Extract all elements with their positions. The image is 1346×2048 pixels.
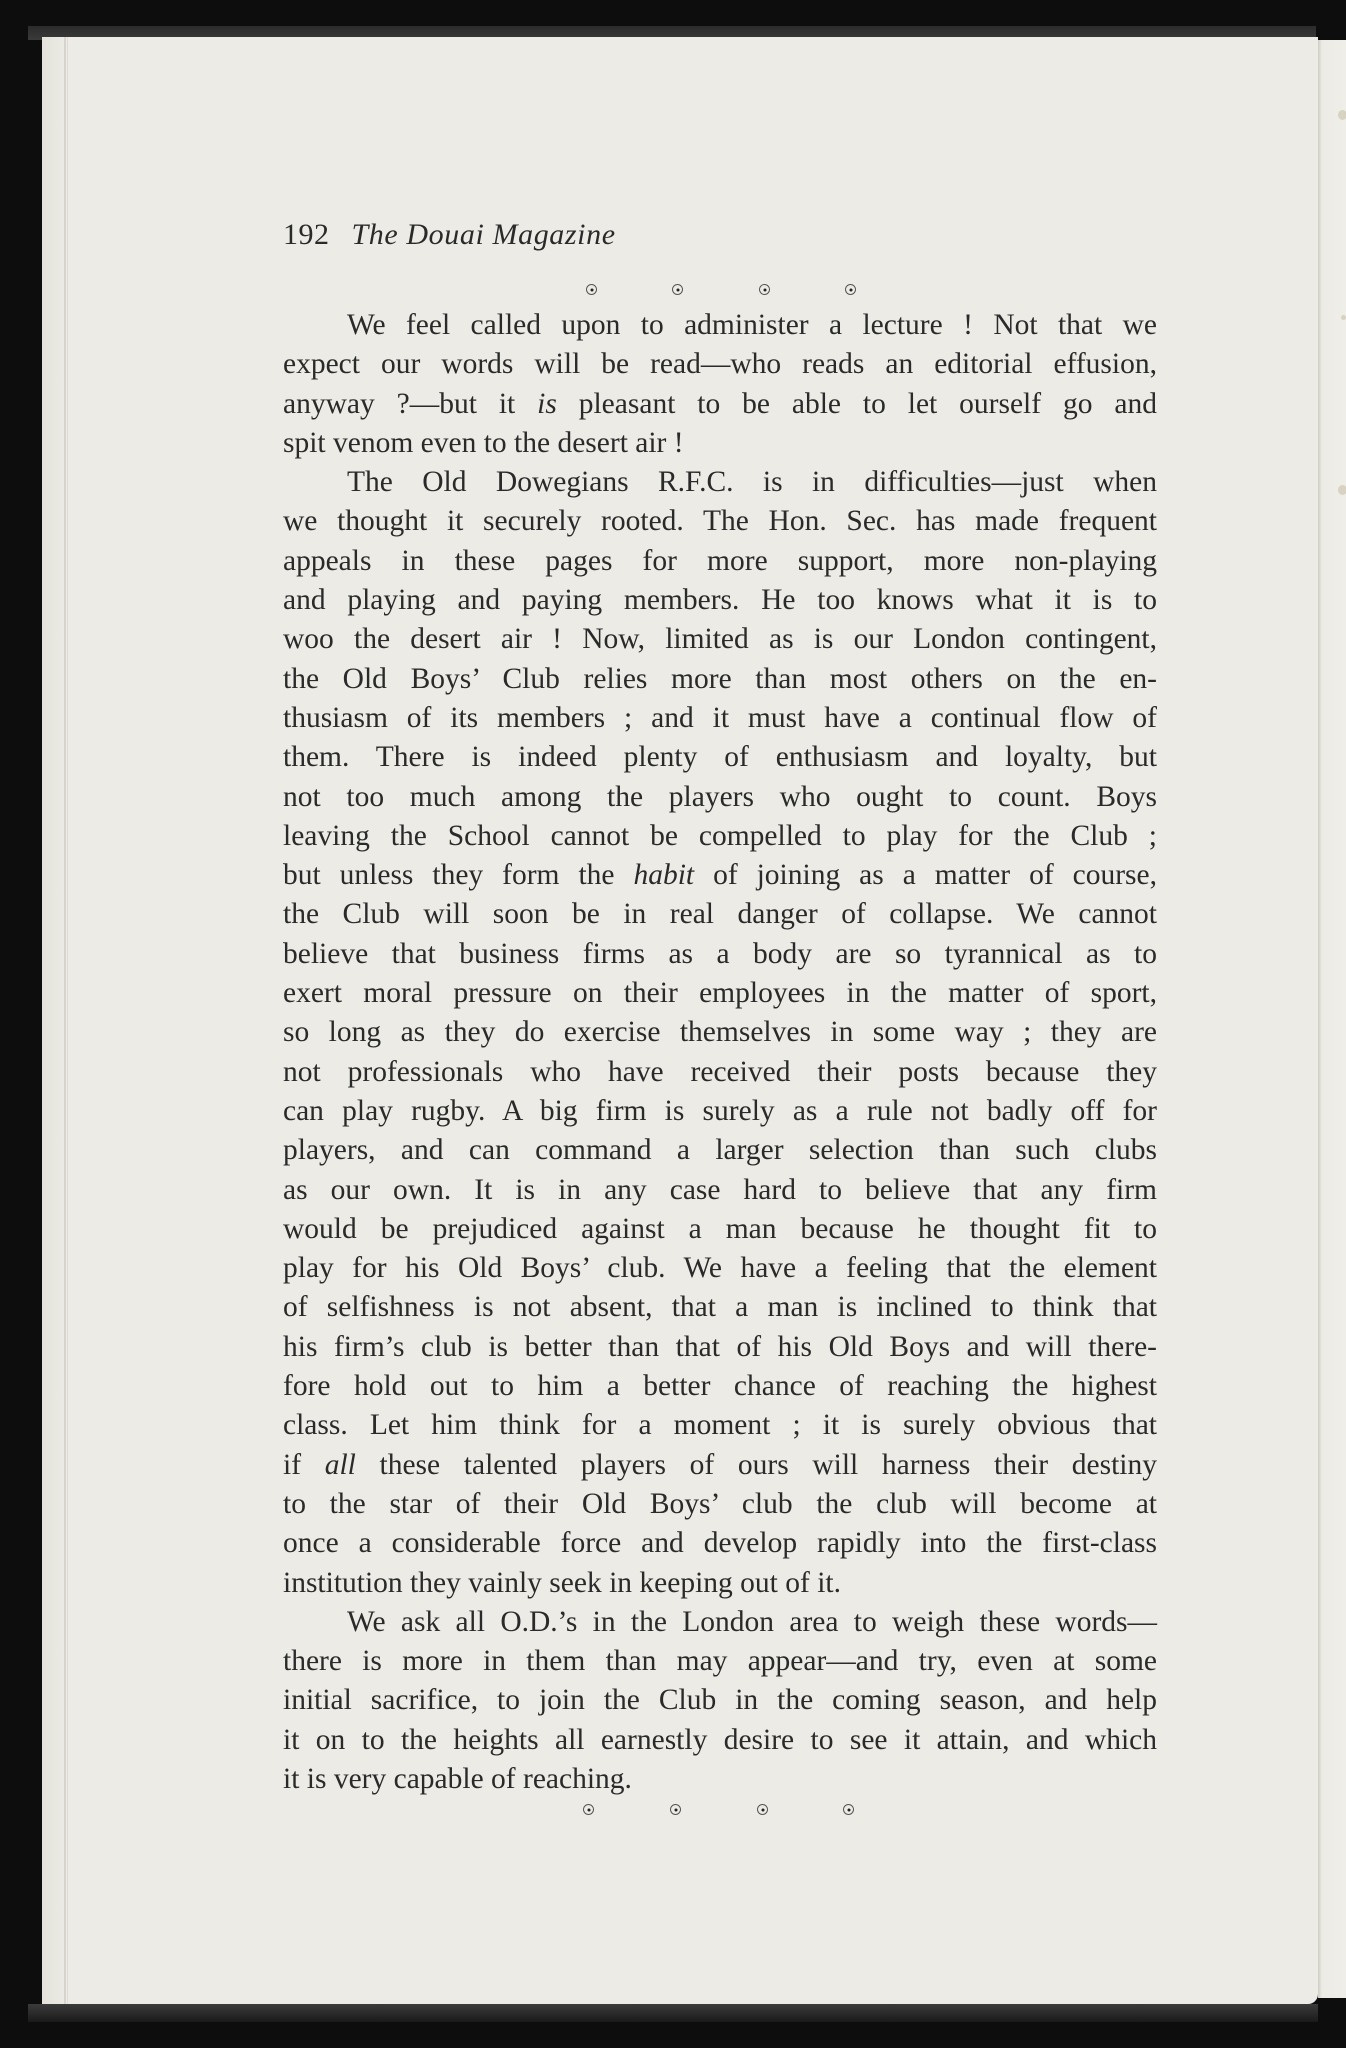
text-line: not too much among the players who ought… <box>283 778 1157 817</box>
circled-dot-ornament-icon <box>670 1804 681 1815</box>
text-line: once a considerable force and develop ra… <box>283 1524 1157 1563</box>
paragraph-first-line: The Old Dowegians R.F.C. is in difficult… <box>283 463 1157 502</box>
circled-dot-ornament-icon <box>845 284 856 295</box>
circled-dot-ornament-icon <box>586 284 597 295</box>
text-line: it is very capable of reaching. <box>283 1760 1157 1799</box>
page-blemish <box>1338 485 1346 495</box>
text-line: initial sacrifice, to join the Club in t… <box>283 1681 1157 1720</box>
text-line: there is more in them than may appear—an… <box>283 1642 1157 1681</box>
text-line: would be prejudiced against a man becaus… <box>283 1210 1157 1249</box>
emphasized-word: is <box>537 388 557 420</box>
journal-title: The Douai Magazine <box>352 218 616 251</box>
text-line: class. Let him think for a moment ; it i… <box>283 1406 1157 1445</box>
text-line: the Club will soon be in real danger of … <box>283 895 1157 934</box>
text-line: thusiasm of its members ; and it must ha… <box>283 699 1157 738</box>
text-line: believe that business firms as a body ar… <box>283 935 1157 974</box>
circled-dot-ornament-icon <box>672 284 683 295</box>
text-run: but unless they form the <box>283 859 633 891</box>
text-line: so long as they do exercise themselves i… <box>283 1013 1157 1052</box>
circled-dot-ornament-icon <box>843 1804 854 1815</box>
text-line: fore hold out to him a better chance of … <box>283 1367 1157 1406</box>
page-number: 192 <box>283 218 330 251</box>
text-line: not professionals who have received thei… <box>283 1053 1157 1092</box>
text-run: anyway ?—but it <box>283 388 537 420</box>
text-line: them. There is indeed plenty of enthusia… <box>283 738 1157 777</box>
text-line: his firm’s club is better than that of h… <box>283 1328 1157 1367</box>
text-line: expect our words will be read—who reads … <box>283 345 1157 384</box>
text-line: exert moral pressure on their employees … <box>283 974 1157 1013</box>
text-line: the Old Boys’ Club relies more than most… <box>283 660 1157 699</box>
circled-dot-ornament-icon <box>757 1804 768 1815</box>
text-line: to the star of their Old Boys’ club the … <box>283 1485 1157 1524</box>
text-line: institution they vainly seek in keeping … <box>283 1564 1157 1603</box>
page-blemish <box>1338 110 1346 120</box>
next-page-edge <box>1318 40 1346 1998</box>
text-run: pleasant to be able to let ourself go an… <box>557 388 1157 420</box>
page-gutter-line <box>67 37 68 2004</box>
text-line: play for his Old Boys’ club. We have a f… <box>283 1249 1157 1288</box>
text-line: can play rugby. A big firm is surely as … <box>283 1092 1157 1131</box>
book-cover-bottom-edge <box>28 2004 1318 2022</box>
page-gutter-line <box>64 37 66 2004</box>
text-run: these talented players of ours will harn… <box>356 1449 1157 1481</box>
text-run: of joining as a matter of course, <box>694 859 1157 891</box>
paragraph-first-line: We ask all O.D.’s in the London area to … <box>283 1603 1157 1642</box>
emphasized-word: all <box>325 1449 356 1481</box>
text-line: appeals in these pages for more support,… <box>283 542 1157 581</box>
text-line: and playing and paying members. He too k… <box>283 581 1157 620</box>
page-blemish <box>1341 315 1346 320</box>
text-line: of selfishness is not absent, that a man… <box>283 1288 1157 1327</box>
running-head: 192The Douai Magazine <box>283 218 616 258</box>
text-line: if all these talented players of ours wi… <box>283 1446 1157 1485</box>
text-line: spit venom even to the desert air ! <box>283 424 1157 463</box>
text-line: as our own. It is in any case hard to be… <box>283 1171 1157 1210</box>
article-body: We feel called upon to administer a lect… <box>283 306 1157 1799</box>
emphasized-word: habit <box>633 859 694 891</box>
text-line: players, and can command a larger select… <box>283 1131 1157 1170</box>
text-run: if <box>283 1449 325 1481</box>
paragraph-first-line: We feel called upon to administer a lect… <box>283 306 1157 345</box>
circled-dot-ornament-icon <box>583 1804 594 1815</box>
text-line: leaving the School cannot be compelled t… <box>283 817 1157 856</box>
text-line: we thought it securely rooted. The Hon. … <box>283 502 1157 541</box>
text-line: anyway ?—but it is pleasant to be able t… <box>283 385 1157 424</box>
page-gutter-shade <box>42 37 64 2004</box>
circled-dot-ornament-icon <box>759 284 770 295</box>
text-line: but unless they form the habit of joinin… <box>283 856 1157 895</box>
text-line: woo the desert air ! Now, limited as is … <box>283 620 1157 659</box>
text-line: it on to the heights all earnestly desir… <box>283 1721 1157 1760</box>
